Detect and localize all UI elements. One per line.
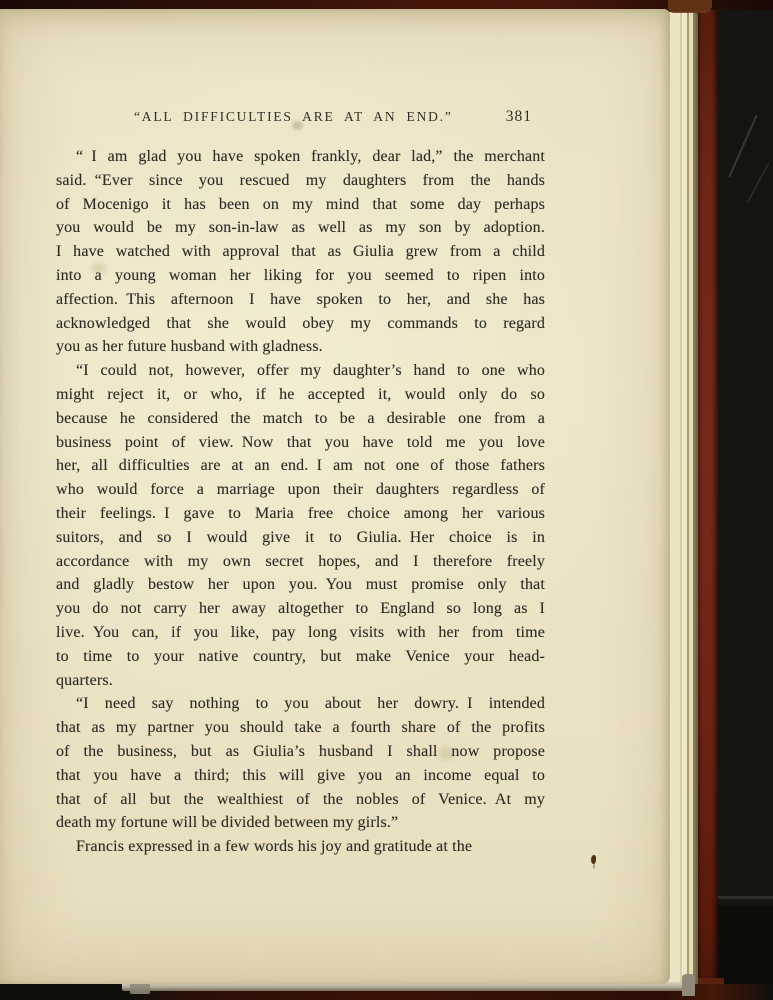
paper-speck — [593, 863, 595, 869]
backdrop-scratch — [728, 115, 757, 178]
scanned-book-photo: “ALL DIFFICULTIES ARE AT AN END.” 381 “ … — [0, 0, 773, 1000]
book-cover-top-corner — [668, 0, 712, 13]
text-line: “I could not, however, offer my daughter… — [56, 359, 545, 383]
page-holder-clip — [682, 974, 695, 996]
text-line: and gladly bestow her upon you. You must… — [56, 573, 545, 597]
text-line: their feelings. I gave to Maria free cho… — [56, 502, 545, 526]
text-line: that you have a third; this will give yo… — [56, 764, 545, 788]
backdrop-shelf-line — [714, 896, 773, 899]
text-line: that of all but the wealthiest of the no… — [56, 788, 545, 812]
text-line: because he considered the match to be a … — [56, 407, 545, 431]
text-line: that as my partner you should take a fou… — [56, 716, 545, 740]
text-line: into a young woman her liking for you se… — [56, 264, 545, 288]
text-line: Francis expressed in a few words his joy… — [56, 835, 545, 859]
text-line: of Mocenigo it has been on my mind that … — [56, 193, 545, 217]
text-line: you do not carry her away altogether to … — [56, 597, 545, 621]
text-line: her, all difficulties are at an end. I a… — [56, 454, 545, 478]
text-line: of the business, but as Giulia’s husband… — [56, 740, 545, 764]
text-line: I have watched with approval that as Giu… — [56, 240, 545, 264]
text-line: acknowledged that she would obey my comm… — [56, 312, 545, 336]
text-line: said. “Ever since you rescued my daughte… — [56, 169, 545, 193]
text-line: suitors, and so I would give it to Giuli… — [56, 526, 545, 550]
text-line: live. You can, if you like, pay long vis… — [56, 621, 545, 645]
book-cover-spine — [698, 0, 718, 1000]
book-page: “ALL DIFFICULTIES ARE AT AN END.” 381 “ … — [0, 9, 670, 984]
text-line: “I need say nothing to you about her dow… — [56, 692, 545, 716]
text-line: to time to your native country, but make… — [56, 645, 545, 669]
text-line: who would force a marriage upon their da… — [56, 478, 545, 502]
text-line: might reject it, or who, if he accepted … — [56, 383, 545, 407]
paper-speck — [590, 855, 596, 865]
text-line: you as her future husband with gladness. — [56, 335, 545, 359]
text-line: business point of view. Now that you hav… — [56, 431, 545, 455]
page-stack-edges — [666, 12, 698, 986]
backdrop-scratch — [746, 162, 769, 204]
text-line: accordance with my own secret hopes, and… — [56, 550, 545, 574]
text-line: affection. This afternoon I have spoken … — [56, 288, 545, 312]
text-line: “ I am glad you have spoken frankly, dea… — [56, 145, 545, 169]
text-line: you would be my son-in-law as well as my… — [56, 216, 545, 240]
running-title: “ALL DIFFICULTIES ARE AT AN END.” — [134, 109, 453, 125]
page-number: 381 — [506, 108, 532, 126]
page-body-text: “ I am glad you have spoken frankly, dea… — [56, 145, 545, 859]
text-line: quarters. — [56, 669, 545, 693]
page-header: “ALL DIFFICULTIES ARE AT AN END.” 381 — [56, 109, 545, 129]
text-line: death my fortune will be divided between… — [56, 811, 545, 835]
